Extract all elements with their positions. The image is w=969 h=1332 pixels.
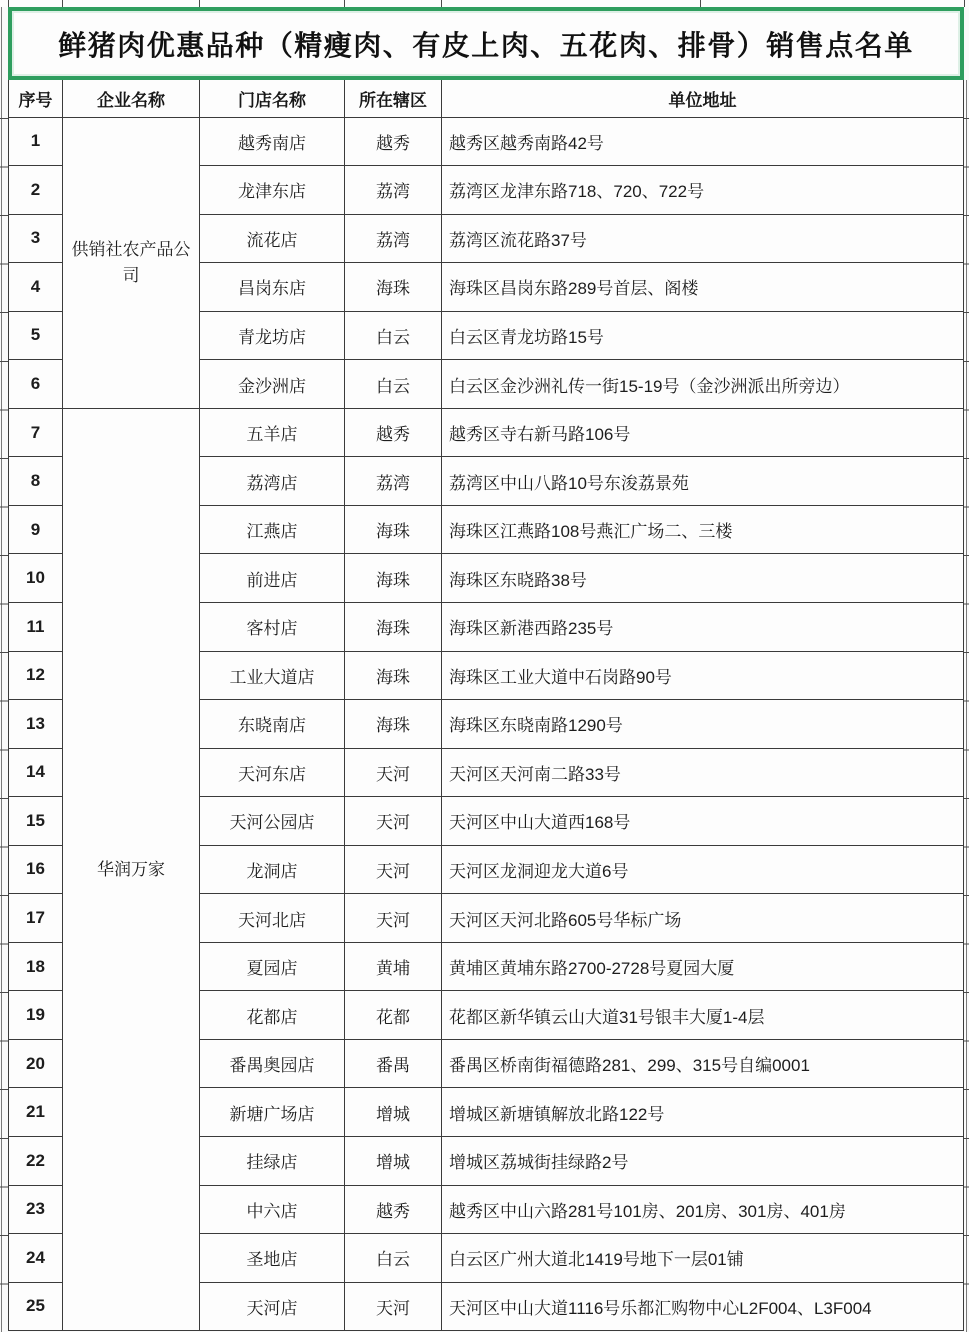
district: 荔湾 xyxy=(345,214,442,263)
store-name: 龙洞店 xyxy=(200,845,345,894)
row-no: 6 xyxy=(9,360,63,409)
district: 天河 xyxy=(345,845,442,894)
district: 越秀 xyxy=(345,1185,442,1234)
store-name: 圣地店 xyxy=(200,1234,345,1283)
cropped-row-above xyxy=(0,0,969,7)
district: 增城 xyxy=(345,1136,442,1185)
header-row: 序号 企业名称 门店名称 所在辖区 单位地址 xyxy=(9,80,964,117)
row-no: 15 xyxy=(9,797,63,846)
row-no: 7 xyxy=(9,408,63,457)
store-name: 东晓南店 xyxy=(200,700,345,749)
row-no: 3 xyxy=(9,214,63,263)
district: 花都 xyxy=(345,991,442,1040)
store-name: 五羊店 xyxy=(200,408,345,457)
store-name: 龙津东店 xyxy=(200,166,345,215)
address: 荔湾区中山八路10号东浚荔景苑 xyxy=(442,457,964,506)
row-no: 18 xyxy=(9,942,63,991)
row-no: 23 xyxy=(9,1185,63,1234)
row-no: 20 xyxy=(9,1039,63,1088)
col-header-no: 序号 xyxy=(9,80,63,117)
store-name: 金沙洲店 xyxy=(200,360,345,409)
store-name: 荔湾店 xyxy=(200,457,345,506)
store-name: 前进店 xyxy=(200,554,345,603)
store-name: 工业大道店 xyxy=(200,651,345,700)
grid-tick xyxy=(700,0,701,7)
address: 海珠区东晓路38号 xyxy=(442,554,964,603)
store-name: 昌岗东店 xyxy=(200,263,345,312)
store-name: 夏园店 xyxy=(200,942,345,991)
col-header-company: 企业名称 xyxy=(63,80,200,117)
address: 白云区金沙洲礼传一街15-19号（金沙洲派出所旁边） xyxy=(442,360,964,409)
row-no: 8 xyxy=(9,457,63,506)
address: 越秀区寺右新马路106号 xyxy=(442,408,964,457)
address: 海珠区新港西路235号 xyxy=(442,602,964,651)
address: 黄埔区黄埔东路2700-2728号夏园大厦 xyxy=(442,942,964,991)
row-no: 25 xyxy=(9,1282,63,1331)
grid-tick xyxy=(62,0,63,7)
store-name: 江燕店 xyxy=(200,505,345,554)
district: 海珠 xyxy=(345,554,442,603)
store-name: 天河店 xyxy=(200,1282,345,1331)
address: 海珠区昌岗东路289号首层、阁楼 xyxy=(442,263,964,312)
grid-tick xyxy=(441,0,442,7)
row-no: 2 xyxy=(9,166,63,215)
row-no: 9 xyxy=(9,505,63,554)
table-row: 1供销社农产品公司越秀南店越秀越秀区越秀南路42号 xyxy=(9,117,964,166)
row-no: 21 xyxy=(9,1088,63,1137)
store-name: 天河东店 xyxy=(200,748,345,797)
address: 番禺区桥南街福德路281、299、315号自编0001 xyxy=(442,1039,964,1088)
district: 黄埔 xyxy=(345,942,442,991)
district: 天河 xyxy=(345,894,442,943)
store-name: 流花店 xyxy=(200,214,345,263)
grid-tick xyxy=(8,0,9,7)
row-no: 22 xyxy=(9,1136,63,1185)
district: 海珠 xyxy=(345,700,442,749)
row-no: 4 xyxy=(9,263,63,312)
district: 增城 xyxy=(345,1088,442,1137)
store-name: 花都店 xyxy=(200,991,345,1040)
row-no: 10 xyxy=(9,554,63,603)
row-no: 12 xyxy=(9,651,63,700)
store-name: 番禺奥园店 xyxy=(200,1039,345,1088)
store-name: 客村店 xyxy=(200,602,345,651)
row-no: 5 xyxy=(9,311,63,360)
document-page: 鲜猪肉优惠品种（精瘦肉、有皮上肉、五花肉、排骨）销售点名单 序号 企业名称 门店… xyxy=(0,0,969,1332)
company-cell-gongxiaoshe: 供销社农产品公司 xyxy=(63,117,200,408)
col-header-district: 所在辖区 xyxy=(345,80,442,117)
grid-tick xyxy=(344,0,345,7)
district: 海珠 xyxy=(345,263,442,312)
district: 白云 xyxy=(345,360,442,409)
left-gutter-row-lines xyxy=(0,118,8,1332)
store-name: 挂绿店 xyxy=(200,1136,345,1185)
district: 番禺 xyxy=(345,1039,442,1088)
page-title: 鲜猪肉优惠品种（精瘦肉、有皮上肉、五花肉、排骨）销售点名单 xyxy=(58,24,914,64)
address: 天河区天河北路605号华标广场 xyxy=(442,894,964,943)
district: 天河 xyxy=(345,797,442,846)
address: 越秀区中山六路281号101房、201房、301房、401房 xyxy=(442,1185,964,1234)
right-gutter-row-lines xyxy=(964,118,969,1332)
address: 越秀区越秀南路42号 xyxy=(442,117,964,166)
district: 荔湾 xyxy=(345,166,442,215)
title-box: 鲜猪肉优惠品种（精瘦肉、有皮上肉、五花肉、排骨）销售点名单 xyxy=(8,7,964,80)
store-name: 新塘广场店 xyxy=(200,1088,345,1137)
store-name: 越秀南店 xyxy=(200,117,345,166)
district: 越秀 xyxy=(345,117,442,166)
district: 荔湾 xyxy=(345,457,442,506)
district: 越秀 xyxy=(345,408,442,457)
address: 天河区中山大道1116号乐都汇购物中心L2F004、L3F004 xyxy=(442,1282,964,1331)
district: 天河 xyxy=(345,748,442,797)
col-header-address: 单位地址 xyxy=(442,80,964,117)
grid-tick xyxy=(964,0,965,7)
company-cell-huarun: 华润万家 xyxy=(63,408,200,1330)
address: 增城区荔城街挂绿路2号 xyxy=(442,1136,964,1185)
col-header-store: 门店名称 xyxy=(200,80,345,117)
address: 天河区中山大道西168号 xyxy=(442,797,964,846)
row-no: 24 xyxy=(9,1234,63,1283)
row-no: 16 xyxy=(9,845,63,894)
district: 海珠 xyxy=(345,602,442,651)
table-row: 7华润万家五羊店越秀越秀区寺右新马路106号 xyxy=(9,408,964,457)
grid-tick xyxy=(199,0,200,7)
address: 白云区广州大道北1419号地下一层01铺 xyxy=(442,1234,964,1283)
row-no: 19 xyxy=(9,991,63,1040)
row-no: 1 xyxy=(9,117,63,166)
district: 白云 xyxy=(345,1234,442,1283)
store-name: 天河北店 xyxy=(200,894,345,943)
district: 海珠 xyxy=(345,505,442,554)
row-no: 13 xyxy=(9,700,63,749)
address: 荔湾区龙津东路718、720、722号 xyxy=(442,166,964,215)
address: 白云区青龙坊路15号 xyxy=(442,311,964,360)
address: 天河区龙洞迎龙大道6号 xyxy=(442,845,964,894)
row-no: 14 xyxy=(9,748,63,797)
address: 花都区新华镇云山大道31号银丰大厦1-4层 xyxy=(442,991,964,1040)
district: 天河 xyxy=(345,1282,442,1331)
address: 海珠区东晓南路1290号 xyxy=(442,700,964,749)
address: 海珠区工业大道中石岗路90号 xyxy=(442,651,964,700)
address: 增城区新塘镇解放北路122号 xyxy=(442,1088,964,1137)
address: 荔湾区流花路37号 xyxy=(442,214,964,263)
address: 天河区天河南二路33号 xyxy=(442,748,964,797)
district: 白云 xyxy=(345,311,442,360)
store-name: 中六店 xyxy=(200,1185,345,1234)
district: 海珠 xyxy=(345,651,442,700)
row-no: 11 xyxy=(9,602,63,651)
store-name: 青龙坊店 xyxy=(200,311,345,360)
row-no: 17 xyxy=(9,894,63,943)
sales-points-table: 序号 企业名称 门店名称 所在辖区 单位地址 1供销社农产品公司越秀南店越秀越秀… xyxy=(8,80,964,1331)
store-name: 天河公园店 xyxy=(200,797,345,846)
address: 海珠区江燕路108号燕汇广场二、三楼 xyxy=(442,505,964,554)
